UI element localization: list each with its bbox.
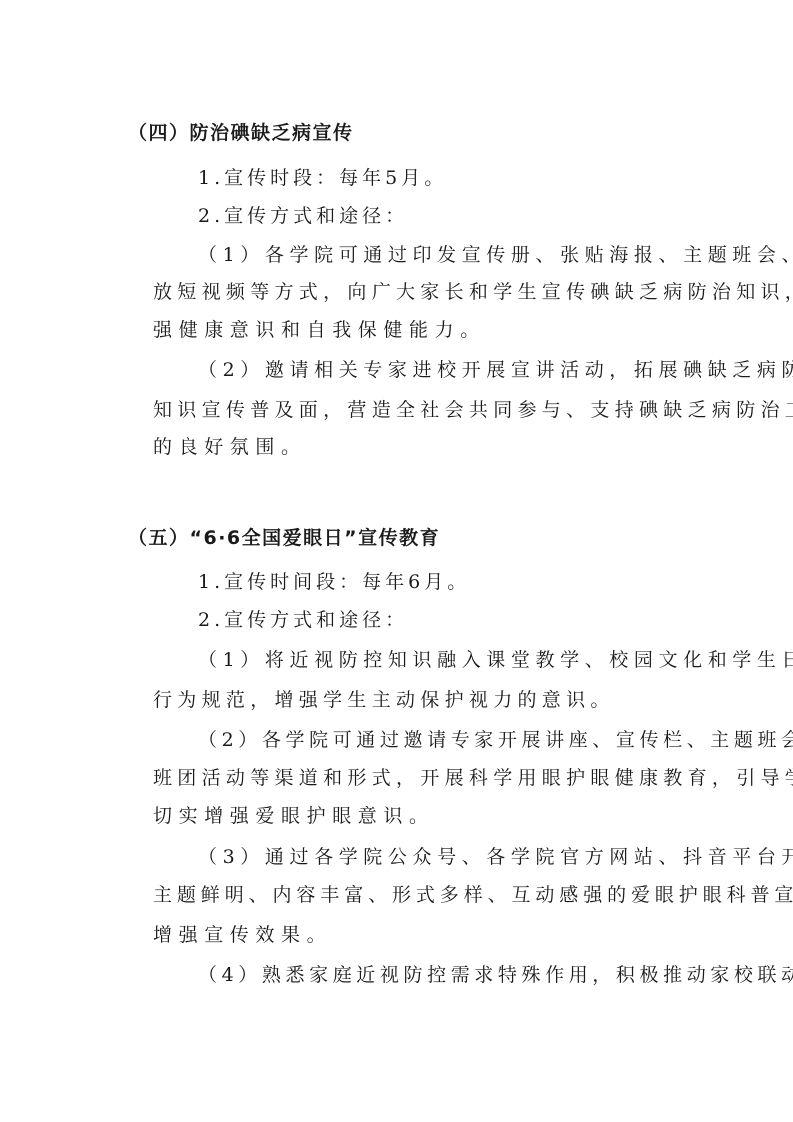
iodine-method-2-line-2: 知识宣传普及面，营造全社会共同参与、支持碘缺乏病防治工作 <box>153 398 793 422</box>
eye-day-method-4-line-1: （4）熟悉家庭近视防控需求特殊作用，积极推动家校联动。 <box>198 963 793 987</box>
iodine-method-2-line-3: 的良好氛围。 <box>153 435 307 459</box>
eye-day-method-3-line-2: 主题鲜明、内容丰富、形式多样、互动感强的爱眼护眼科普宣传， <box>153 883 793 907</box>
eye-day-method-2-line-2: 班团活动等渠道和形式，开展科学用眼护眼健康教育，引导学生 <box>153 766 793 790</box>
section-heading-iodine: （四）防治碘缺乏病宣传 <box>128 121 354 145</box>
iodine-method-1-line-2: 放短视频等方式，向广大家长和学生宣传碘缺乏病防治知识，增 <box>153 280 793 304</box>
iodine-method-1-line-3: 强健康意识和自我保健能力。 <box>153 318 486 342</box>
iodine-methods-label: 2.宣传方式和途径： <box>198 204 408 228</box>
document-page: （四）防治碘缺乏病宣传 1.宣传时段：每年5月。 2.宣传方式和途径： （1）各… <box>0 0 793 1122</box>
eye-day-method-2-line-3: 切实增强爱眼护眼意识。 <box>153 804 435 828</box>
iodine-method-1-line-1: （1）各学院可通过印发宣传册、张贴海报、主题班会、播 <box>198 243 793 267</box>
iodine-period: 1.宣传时段：每年5月。 <box>198 166 447 190</box>
eye-day-method-3-line-1: （3）通过各学院公众号、各学院官方网站、抖音平台开展 <box>198 845 793 869</box>
eye-day-method-3-line-3: 增强宣传效果。 <box>153 923 332 947</box>
eye-day-methods-label: 2.宣传方式和途径： <box>198 608 408 632</box>
iodine-method-2-line-1: （2）邀请相关专家进校开展宣讲活动，拓展碘缺乏病防治 <box>198 358 793 382</box>
section-heading-eye-day: （五）“6·6全国爱眼日”宣传教育 <box>128 526 440 550</box>
eye-day-method-2-line-1: （2）各学院可通过邀请专家开展讲座、宣传栏、主题班会、 <box>198 728 793 752</box>
eye-day-method-1-line-1: （1）将近视防控知识融入课堂教学、校园文化和学生日常 <box>198 648 793 672</box>
eye-day-period: 1.宣传时间段：每年6月。 <box>198 570 470 594</box>
eye-day-method-1-line-2: 行为规范，增强学生主动保护视力的意识。 <box>153 688 615 712</box>
